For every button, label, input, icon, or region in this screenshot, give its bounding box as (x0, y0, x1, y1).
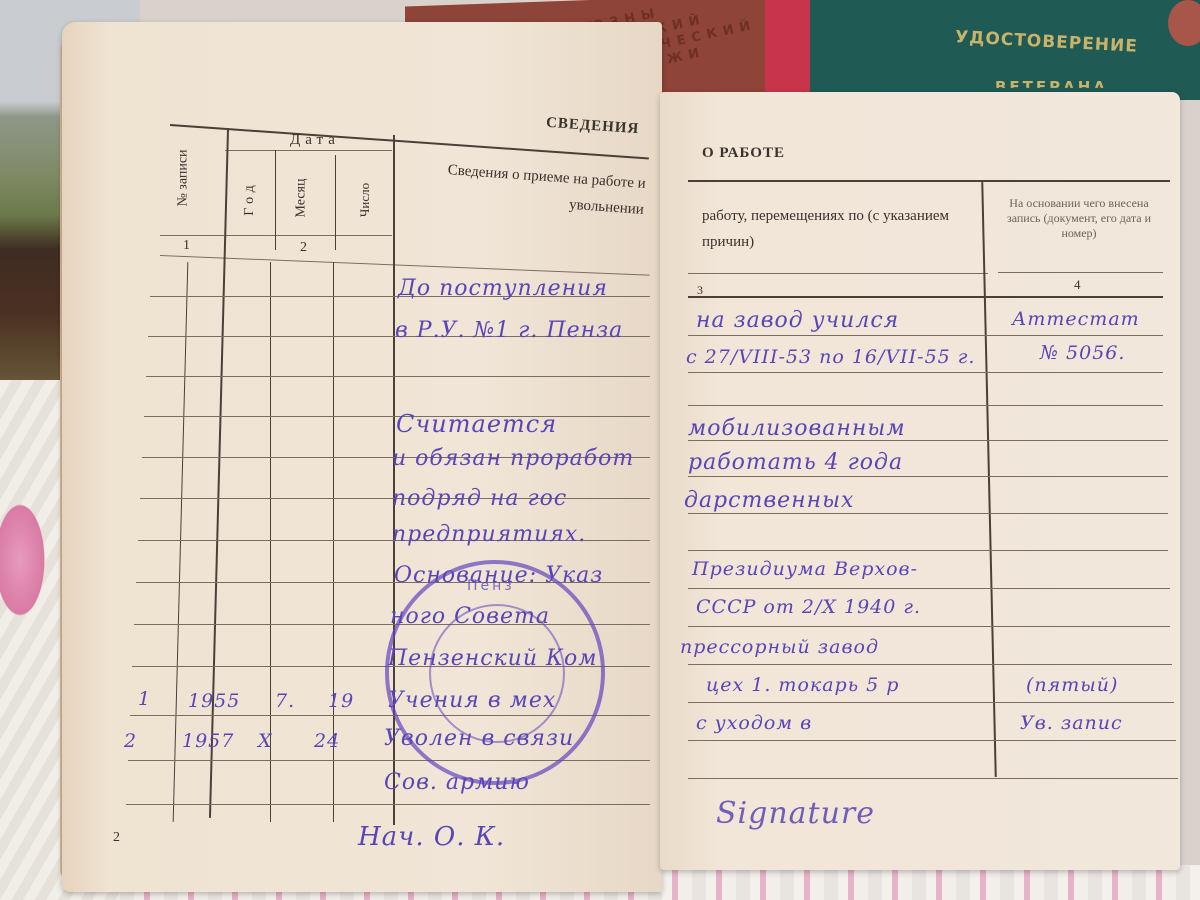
hand-right-line: с уходом в (696, 712, 812, 734)
col-divider-year (275, 150, 276, 250)
row-rule (688, 702, 1174, 703)
row-rule (688, 740, 1176, 741)
entry-1-month: 7. (275, 690, 295, 712)
hand-left-line: До поступления (398, 276, 608, 301)
hand-right-line: мобилизованным (688, 416, 906, 441)
entry-2-no: 2 (124, 730, 137, 752)
entry-1-year: 1955 (188, 690, 240, 712)
col-header-record-no: № записи (176, 149, 192, 206)
hand-left-line: и обязан проработ (392, 446, 634, 471)
row-rule (688, 335, 1163, 336)
row-rule (126, 804, 650, 805)
row-rule (688, 405, 1163, 406)
row-rule (688, 372, 1163, 373)
col-num-2: 2 (300, 240, 307, 256)
entry-1-no: 1 (138, 688, 151, 710)
hand-left-signoff: Нач. О. К. (358, 822, 505, 852)
page-number: 2 (113, 830, 120, 846)
hand-basis-line: № 5056. (1040, 342, 1125, 364)
official-stamp: Пенз (385, 560, 605, 785)
row-rule (688, 513, 1168, 514)
hand-right-line: работать 4 года (688, 450, 903, 475)
hand-basis-line: (пятый) (1026, 674, 1118, 696)
row-rule (688, 588, 1170, 589)
hand-basis-line: Аттестат (1012, 308, 1140, 330)
hand-left-line: предприятиях. (392, 522, 586, 547)
col-header-info-right: работу, перемещениях по (с указанием при… (702, 203, 972, 255)
hand-left-line: Сов. армию (384, 770, 530, 795)
entry-2-month: X (258, 730, 273, 752)
right-header-num-rule (688, 296, 1163, 298)
col-header-year: Год (242, 180, 258, 216)
col-header-date: Дата (290, 132, 340, 149)
col-header-month: Месяц (293, 179, 309, 218)
row-rule (688, 664, 1172, 665)
col-header-basis: На основании чего внесена запись (докуме… (995, 196, 1163, 241)
col-divider-month (335, 155, 336, 250)
hand-basis-line: Ув. запис (1020, 712, 1123, 734)
hand-left-line: в Р.У. №1 г. Пенза (395, 318, 623, 343)
date-subrule (225, 150, 392, 151)
right-header-bottom-rule (688, 273, 988, 274)
col-num-1: 1 (183, 238, 190, 254)
row-rule (146, 376, 650, 377)
header-subrule (160, 235, 392, 236)
hand-left-line: Пензенский Ком (388, 646, 598, 671)
row-rule (688, 550, 1168, 551)
col-num-3: 3 (697, 283, 703, 298)
col-num-4: 4 (1074, 277, 1081, 293)
hand-left-line: Основание: Указ (394, 563, 603, 588)
col-divider-info (393, 135, 395, 825)
row-rule (688, 626, 1170, 627)
row-rule (688, 778, 1178, 779)
hand-right-line: цех 1. токарь 5 р (706, 674, 899, 696)
col-header-day: Число (357, 183, 373, 217)
hand-left-line: подряд на гос (392, 486, 567, 511)
hand-right-line: СССР от 2/X 1940 г. (696, 596, 921, 618)
hand-left-line: ного Совета (390, 604, 550, 629)
entry-2-year: 1957 (182, 730, 234, 752)
row-rule (128, 760, 650, 761)
row-rule (688, 476, 1168, 477)
decorative-ornament (1168, 0, 1200, 46)
hand-left-line: Учения в мех (388, 688, 556, 713)
hand-right-line: с 27/VIII-53 по 16/VII-55 г. (686, 346, 975, 368)
heading-o-rabote: О РАБОТЕ (702, 145, 785, 162)
entry-2-day: 24 (314, 730, 340, 752)
hand-right-line: прессорный завод (680, 636, 879, 658)
hand-right-line: на завод учился (696, 308, 899, 333)
hand-left-line: Уволен в связи (384, 726, 574, 751)
pink-booklet (765, 0, 815, 100)
entry-1-day: 19 (328, 690, 354, 712)
hand-left-line: Считается (396, 410, 557, 438)
right-header-bottom-rule-2 (998, 272, 1163, 273)
signature: Signature (716, 796, 875, 831)
hand-right-line: дарственных (684, 488, 854, 513)
right-header-top-rule (688, 180, 1170, 182)
hand-right-line: Президиума Верхов- (692, 558, 918, 580)
